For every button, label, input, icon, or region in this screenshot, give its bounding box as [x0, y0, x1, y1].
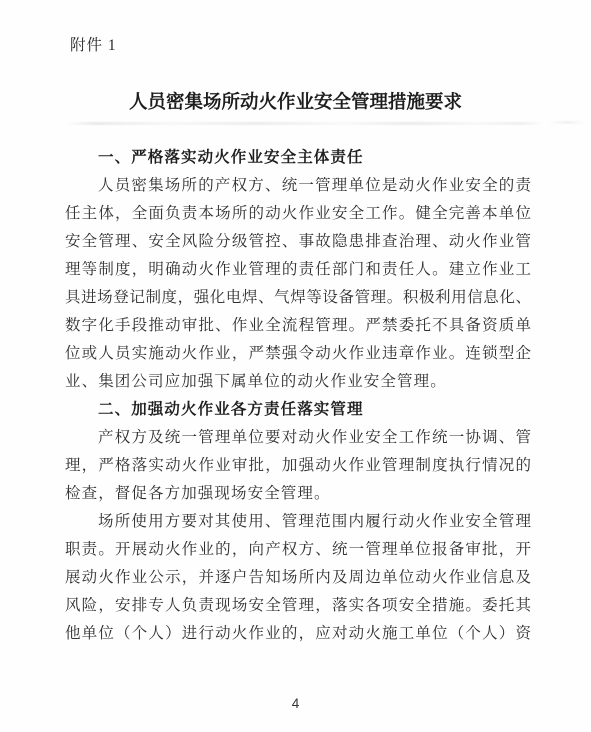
scan-artifact-smudge — [66, 122, 544, 125]
section-heading-2: 二、加强动火作业各方责任落实管理 — [65, 396, 531, 424]
text-line: 场所使用方要对其使用、管理范围内履行动火作业安全管理 — [65, 508, 531, 536]
text-line: 理等制度，明确动火作业管理的责任部门和责任人。建立作业工 — [65, 256, 531, 284]
document-page: 附件 1 人员密集场所动火作业安全管理措施要求 一、严格落实动火作业安全主体责任… — [0, 0, 591, 732]
document-title: 人员密集场所动火作业安全管理措施要求 — [0, 88, 591, 114]
text-line: 具进场登记制度，强化电焊、气焊等设备管理。积极利用信息化、 — [65, 284, 531, 312]
text-line: 人员密集场所的产权方、统一管理单位是动火作业安全的责 — [65, 172, 531, 200]
text-line: 理，严格落实动火作业审批，加强动火作业管理制度执行情况的 — [65, 452, 531, 480]
attachment-label: 附件 1 — [70, 33, 117, 55]
text-line: 数字化手段推动审批、作业全流程管理。严禁委托不具备资质单 — [65, 312, 531, 340]
section-heading-1: 一、严格落实动火作业安全主体责任 — [65, 144, 531, 172]
document-body: 一、严格落实动火作业安全主体责任 人员密集场所的产权方、统一管理单位是动火作业安… — [65, 144, 531, 648]
text-line: 位或人员实施动火作业，严禁强令动火作业违章作业。连锁型企 — [65, 340, 531, 368]
text-line: 检查，督促各方加强现场安全管理。 — [65, 480, 531, 508]
scan-artifact-smudge-right — [548, 121, 586, 124]
text-line: 产权方及统一管理单位要对动火作业安全工作统一协调、管 — [65, 424, 531, 452]
text-line: 业、集团公司应加强下属单位的动火作业安全管理。 — [65, 368, 531, 396]
text-line: 展动火作业公示，并逐户告知场所内及周边单位动火作业信息及 — [65, 564, 531, 592]
page-number: 4 — [0, 696, 591, 711]
text-line: 风险，安排专人负责现场安全管理，落实各项安全措施。委托其 — [65, 592, 531, 620]
text-line: 安全管理、安全风险分级管控、事故隐患排查治理、动火作业管 — [65, 228, 531, 256]
text-line: 他单位（个人）进行动火作业的，应对动火施工单位（个人）资 — [65, 620, 531, 648]
text-line: 职责。开展动火作业的，向产权方、统一管理单位报备审批，开 — [65, 536, 531, 564]
text-line: 任主体，全面负责本场所的动火作业安全工作。健全完善本单位 — [65, 200, 531, 228]
